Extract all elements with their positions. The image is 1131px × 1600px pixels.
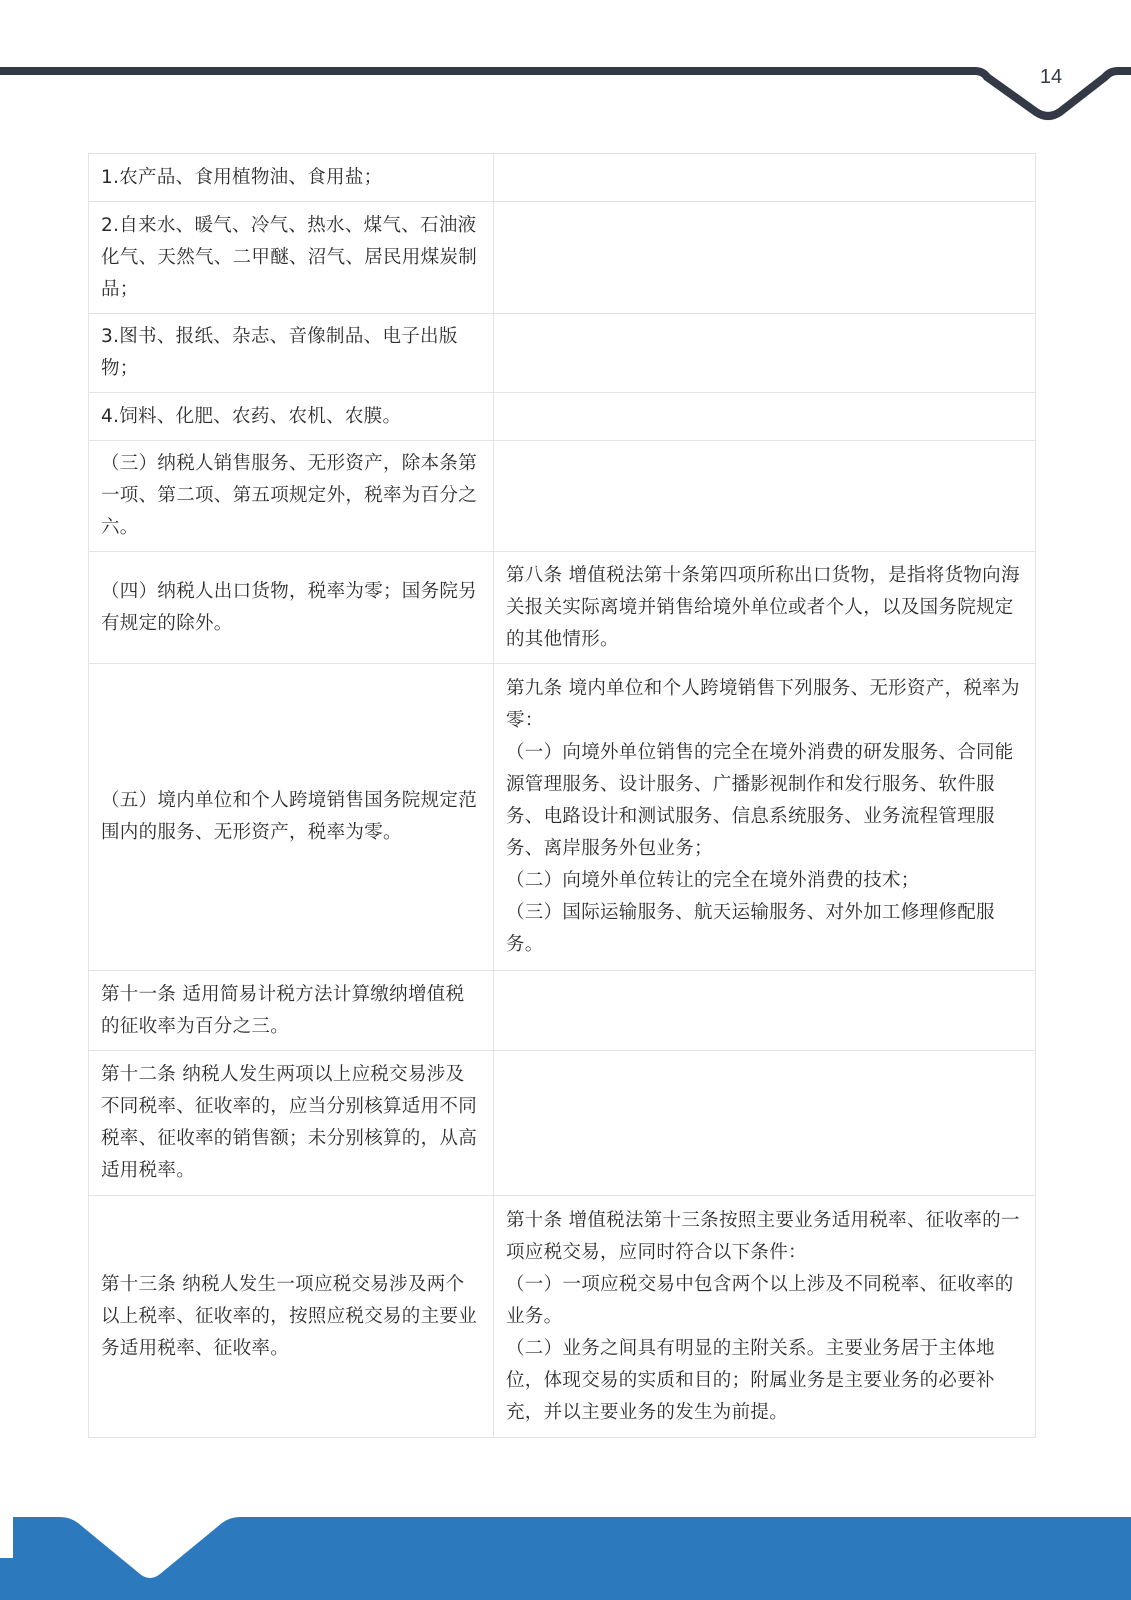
regulation-cell: 第九条 境内单位和个人跨境销售下列服务、无形资产，税率为零： （一）向境外单位销… (494, 664, 1036, 971)
regulation-paragraph: （二）业务之间具有明显的主附关系。主要业务居于主体地位，体现交易的实质和目的；附… (506, 1333, 1023, 1429)
regulation-cell (494, 971, 1036, 1051)
regulation-cell (494, 441, 1036, 552)
regulation-paragraph: 第十条 增值税法第十三条按照主要业务适用税率、征收率的一项应税交易，应同时符合以… (506, 1205, 1023, 1269)
page-number: 14 (1036, 66, 1066, 89)
regulation-paragraph: （三）国际运输服务、航天运输服务、对外加工修理修配服务。 (506, 897, 1023, 961)
table-row: （五）境内单位和个人跨境销售国务院规定范围内的服务、无形资产，税率为零。 第九条… (89, 664, 1036, 971)
law-article-cell: 1.农产品、食用植物油、食用盐； (89, 154, 494, 202)
table-body: 1.农产品、食用植物油、食用盐； 2.自来水、暖气、冷气、热水、煤气、石油液化气… (89, 154, 1036, 1438)
regulation-paragraph: （一）向境外单位销售的完全在境外消费的研发服务、合同能源管理服务、设计服务、广播… (506, 737, 1023, 865)
table-row: 3.图书、报纸、杂志、音像制品、电子出版物； (89, 314, 1036, 393)
table-row: 第十二条 纳税人发生两项以上应税交易涉及不同税率、征收率的，应当分别核算适用不同… (89, 1051, 1036, 1196)
law-article-cell: 3.图书、报纸、杂志、音像制品、电子出版物； (89, 314, 494, 393)
law-article-cell: （五）境内单位和个人跨境销售国务院规定范围内的服务、无形资产，税率为零。 (89, 664, 494, 971)
header-divider-line (0, 60, 1131, 130)
law-article-cell: （三）纳税人销售服务、无形资产，除本条第一项、第二项、第五项规定外，税率为百分之… (89, 441, 494, 552)
law-article-cell: 第十三条 纳税人发生一项应税交易涉及两个以上税率、征收率的，按照应税交易的主要业… (89, 1196, 494, 1438)
law-article-text: 2.自来水、暖气、冷气、热水、煤气、石油液化气、天然气、二甲醚、沼气、居民用煤炭… (101, 210, 481, 306)
law-article-text: （三）纳税人销售服务、无形资产，除本条第一项、第二项、第五项规定外，税率为百分之… (101, 448, 481, 544)
law-article-cell: 4.饲料、化肥、农药、农机、农膜。 (89, 393, 494, 441)
regulation-cell: 第八条 增值税法第十条第四项所称出口货物，是指将货物向海关报关实际离境并销售给境… (494, 552, 1036, 664)
regulation-cell: 第十条 增值税法第十三条按照主要业务适用税率、征收率的一项应税交易，应同时符合以… (494, 1196, 1036, 1438)
table-row: 1.农产品、食用植物油、食用盐； (89, 154, 1036, 202)
tax-law-comparison-table: 1.农产品、食用植物油、食用盐； 2.自来水、暖气、冷气、热水、煤气、石油液化气… (88, 153, 1036, 1438)
table-row: 第十一条 适用简易计税方法计算缴纳增值税的征收率为百分之三。 (89, 971, 1036, 1051)
law-article-text: 第十一条 适用简易计税方法计算缴纳增值税的征收率为百分之三。 (101, 979, 481, 1043)
table-row: 4.饲料、化肥、农药、农机、农膜。 (89, 393, 1036, 441)
regulation-cell (494, 314, 1036, 393)
table-row: （三）纳税人销售服务、无形资产，除本条第一项、第二项、第五项规定外，税率为百分之… (89, 441, 1036, 552)
law-article-text: （五）境内单位和个人跨境销售国务院规定范围内的服务、无形资产，税率为零。 (101, 785, 481, 849)
table-row: （四）纳税人出口货物，税率为零；国务院另有规定的除外。 第八条 增值税法第十条第… (89, 552, 1036, 664)
regulation-cell (494, 1051, 1036, 1196)
regulation-cell (494, 393, 1036, 441)
law-article-cell: 2.自来水、暖气、冷气、热水、煤气、石油液化气、天然气、二甲醚、沼气、居民用煤炭… (89, 202, 494, 314)
law-article-cell: 第十一条 适用简易计税方法计算缴纳增值税的征收率为百分之三。 (89, 971, 494, 1051)
regulation-paragraph: （一）一项应税交易中包含两个以上涉及不同税率、征收率的业务。 (506, 1269, 1023, 1333)
table-row: 2.自来水、暖气、冷气、热水、煤气、石油液化气、天然气、二甲醚、沼气、居民用煤炭… (89, 202, 1036, 314)
regulation-cell (494, 154, 1036, 202)
regulation-paragraph: 第九条 境内单位和个人跨境销售下列服务、无形资产，税率为零： (506, 673, 1023, 737)
law-article-text: 4.饲料、化肥、农药、农机、农膜。 (101, 401, 481, 433)
law-article-cell: 第十二条 纳税人发生两项以上应税交易涉及不同税率、征收率的，应当分别核算适用不同… (89, 1051, 494, 1196)
law-article-text: （四）纳税人出口货物，税率为零；国务院另有规定的除外。 (101, 576, 481, 640)
footer-band (0, 1505, 1131, 1600)
regulation-paragraph: （二）向境外单位转让的完全在境外消费的技术； (506, 865, 1023, 897)
regulation-cell (494, 202, 1036, 314)
law-article-text: 3.图书、报纸、杂志、音像制品、电子出版物； (101, 321, 481, 385)
law-article-text: 第十三条 纳税人发生一项应税交易涉及两个以上税率、征收率的，按照应税交易的主要业… (101, 1269, 481, 1365)
regulation-text: 第八条 增值税法第十条第四项所称出口货物，是指将货物向海关报关实际离境并销售给境… (506, 560, 1023, 656)
law-article-cell: （四）纳税人出口货物，税率为零；国务院另有规定的除外。 (89, 552, 494, 664)
law-article-text: 1.农产品、食用植物油、食用盐； (101, 162, 481, 194)
law-article-text: 第十二条 纳税人发生两项以上应税交易涉及不同税率、征收率的，应当分别核算适用不同… (101, 1059, 481, 1187)
table-row: 第十三条 纳税人发生一项应税交易涉及两个以上税率、征收率的，按照应税交易的主要业… (89, 1196, 1036, 1438)
